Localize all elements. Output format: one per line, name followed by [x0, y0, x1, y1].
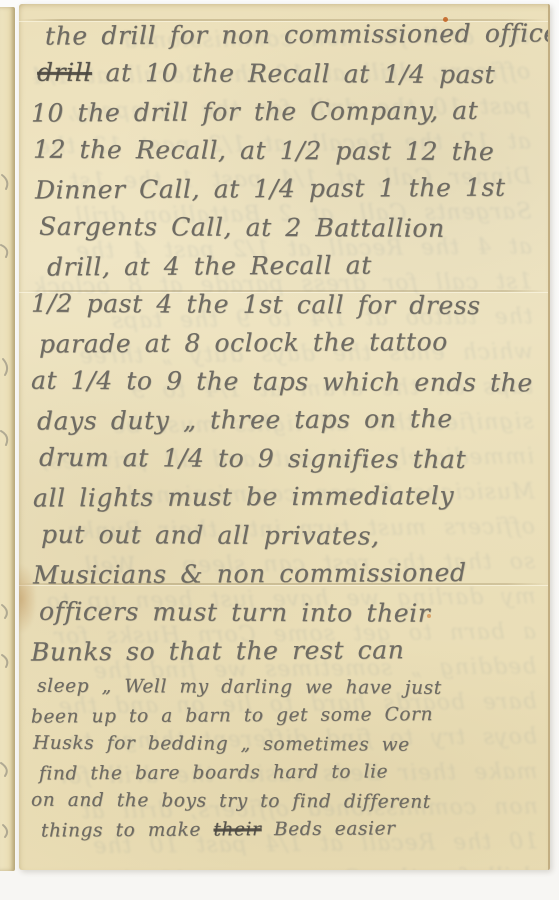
- handwritten-text: Musicians & non commissioned: [33, 558, 467, 590]
- handwritten-text: Sargents Call, at 2 Battallion: [39, 211, 445, 242]
- letter-body: the drill for non commissioned officers,…: [29, 16, 537, 845]
- handwritten-text: the drill for non commissioned officers,: [45, 18, 550, 50]
- stray-ink-marks: [0, 7, 15, 871]
- handwritten-text: days duty „ three taps on the: [37, 404, 453, 436]
- handwritten-text: Beds easier: [261, 818, 395, 840]
- letter-line: parade at 8 oclock the tattoo: [39, 322, 537, 364]
- handwritten-text: find the bare boards hard to lie: [39, 761, 388, 784]
- letter-line: on and the boys try to find different: [31, 786, 537, 817]
- handwritten-text: 12 the Recall, at 1/2 past 12 the: [33, 134, 495, 165]
- struck-word: their: [213, 819, 261, 840]
- letter-line: officers must turn into their: [39, 592, 537, 633]
- letter-line: Husks for bedding „ sometimes we: [33, 729, 537, 760]
- letter-line: Dinner Call, at 1/4 past 1 the 1st: [35, 168, 537, 210]
- letter-line: all lights must be immediately: [33, 476, 537, 518]
- handwritten-text: officers must turn into their: [39, 596, 430, 627]
- letter-line: drill, at 4 the Recall at: [47, 246, 537, 287]
- struck-word: drill: [37, 57, 92, 86]
- handwritten-text: at 10 the Recall at 1/4 past: [92, 57, 495, 88]
- handwritten-text: put out and all privates,: [41, 519, 380, 550]
- handwritten-text: Bunks so that the rest can: [31, 635, 405, 666]
- handwritten-text: at 1/4 to 9 the taps which ends the: [31, 365, 533, 397]
- handwritten-text: sleep „ Well my darling we have just: [37, 675, 442, 698]
- handwritten-text: all lights must be immediately: [33, 481, 454, 513]
- letter-page: the drill for non commissioned officers,…: [19, 4, 550, 870]
- handwritten-text: 10 the drill for the Company, at: [31, 96, 479, 128]
- handwritten-text: been up to a barn to get some Corn: [31, 704, 433, 727]
- handwritten-text: Dinner Call, at 1/4 past 1 the 1st: [35, 173, 506, 205]
- letter-line: been up to a barn to get some Corn: [31, 700, 537, 732]
- letter-line: put out and all privates,: [41, 515, 537, 556]
- handwritten-text: Husks for bedding „ sometimes we: [33, 732, 410, 755]
- handwritten-text: 1/2 past 4 the 1st call for dress: [31, 288, 481, 319]
- letter-line: Bunks so that the rest can: [31, 630, 537, 672]
- letter-line: sleep „ Well my darling we have just: [37, 672, 537, 703]
- handwritten-text: on and the boys try to find different: [31, 789, 431, 812]
- handwritten-text: drum at 1/4 to 9 signifies that: [39, 442, 466, 473]
- letter-line: 1/2 past 4 the 1st call for dress: [31, 284, 537, 325]
- letter-line: Musicians & non commissioned: [33, 553, 537, 595]
- letter-line: things to make their Beds easier: [41, 814, 537, 846]
- adjacent-page-edge: [0, 7, 15, 871]
- handwritten-text: things to make: [41, 819, 214, 841]
- letter-line: find the bare boards hard to lie: [39, 757, 537, 789]
- letter-line: drill at 10 the Recall at 1/4 past: [37, 53, 537, 94]
- handwritten-text: parade at 8 oclock the tattoo: [39, 327, 448, 358]
- letter-line: 12 the Recall, at 1/2 past 12 the: [33, 130, 537, 171]
- photo-background: the drill for non commissioned officers,…: [0, 0, 559, 900]
- letter-line: the drill for non commissioned officers,: [45, 14, 537, 56]
- letter-line: at 1/4 to 9 the taps which ends the: [31, 361, 537, 402]
- letter-line: days duty „ three taps on the: [37, 399, 537, 441]
- letter-line: Sargents Call, at 2 Battallion: [39, 207, 537, 248]
- letter-line: drum at 1/4 to 9 signifies that: [39, 438, 537, 479]
- handwritten-text: drill, at 4 the Recall at: [47, 251, 372, 282]
- letter-line: 10 the drill for the Company, at: [31, 91, 537, 133]
